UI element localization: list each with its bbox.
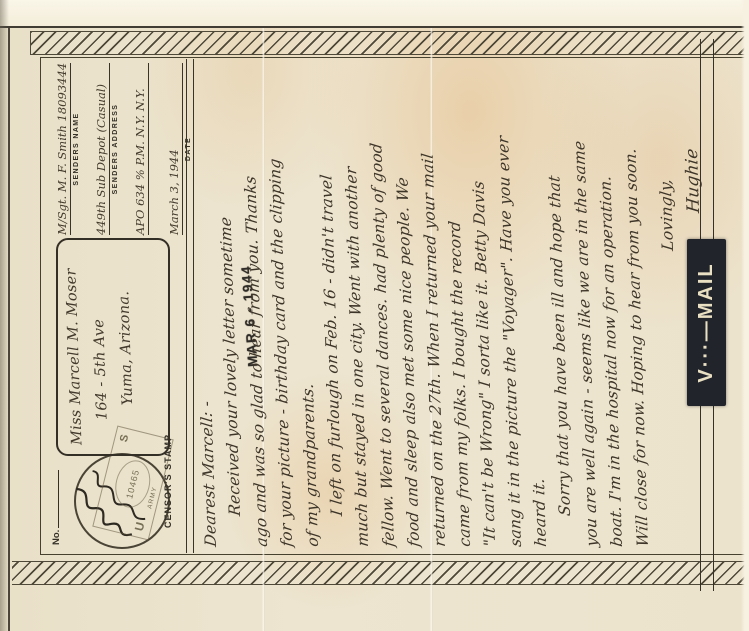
letter-signature: Hughie — [680, 60, 710, 215]
photo-edge-top — [0, 0, 749, 28]
photo-edge-left — [0, 0, 9, 631]
recipient-city: Yuma, Arizona. — [115, 243, 147, 406]
sender-address-label: SENDERS ADDRESS — [112, 63, 119, 235]
form-number-field: No. — [50, 470, 62, 545]
sender-name-label: SENDERS NAME — [73, 63, 80, 235]
vmail-photo: No. U S 10465 ARMY CENSOR'S STAMP Miss M… — [0, 0, 749, 631]
recipient-address-box: Miss Marcell M. Moser 164 - 5th Ave Yuma… — [56, 238, 170, 456]
sender-address-value: 449th Sub Depot (Casual) — [83, 63, 110, 235]
date-value: March 3, 1944 — [156, 63, 183, 235]
photo-edge-right — [741, 0, 749, 631]
hatched-border-right — [30, 31, 749, 55]
recipient-address: Miss Marcell M. Moser 164 - 5th Ave Yuma… — [63, 243, 148, 446]
vmail-letter-document: No. U S 10465 ARMY CENSOR'S STAMP Miss M… — [0, 0, 749, 631]
stamp-letter-u: U — [132, 521, 148, 533]
form-number-blank-line — [50, 470, 59, 528]
header-divider-rule-1 — [186, 59, 187, 553]
vmail-logo: V···—MAIL — [687, 239, 726, 406]
sender-address-value-2: APO 634 % P.M. N.Y. N.Y. — [122, 63, 149, 235]
letter-body: Dearest Marcell: - Received your lovely … — [202, 61, 710, 547]
hatched-border-left — [12, 561, 749, 585]
form-number-label: No. — [51, 530, 62, 545]
sender-fields: M/Sgt. M. F. Smith 18093444 SENDERS NAME… — [44, 63, 195, 235]
sender-name-value: M/Sgt. M. F. Smith 18093444 — [44, 63, 71, 235]
